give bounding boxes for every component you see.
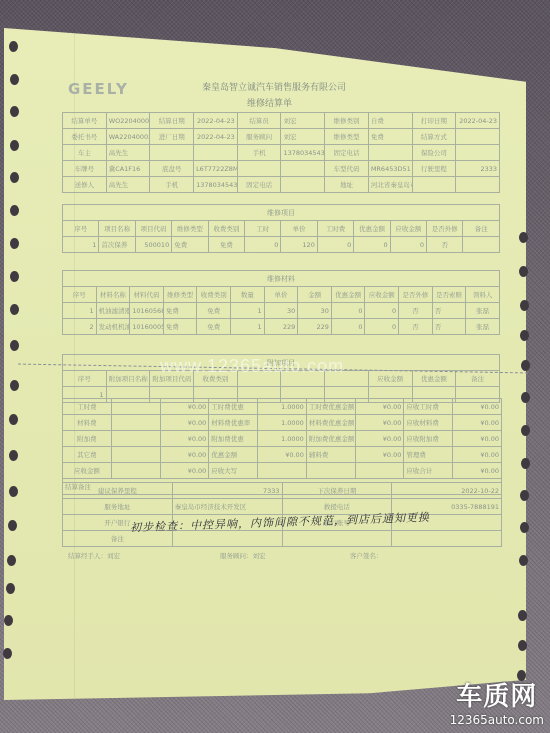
table-cell: 2022-04-23	[456, 113, 500, 129]
table-cell: ¥0.00	[355, 415, 404, 431]
customer-info-table: 结算单号WO2204000236结算日期2022-04-23结算员刘宏维修类别自…	[62, 112, 500, 193]
table-cell	[111, 415, 160, 431]
table-cell	[194, 145, 238, 161]
table-cell: 材料费	[63, 415, 112, 431]
info-row: 车牌号冀CA1F16底盘号L6T7722Z8MF078333车型代码MR6453…	[63, 161, 500, 177]
table-cell	[111, 447, 160, 463]
table-cell: ¥0.00	[453, 447, 502, 463]
table-cell: 管理费	[404, 447, 453, 463]
table-cell: 手机	[150, 177, 194, 193]
table-cell: 结算员	[237, 113, 281, 129]
table-cell: 优惠金额	[209, 447, 258, 463]
info-row: 车主高先生手机13780345438固定电话保险公司	[63, 145, 500, 161]
table-cell: ¥0.00	[355, 399, 404, 415]
table-cell: 高先生	[106, 177, 150, 193]
repair-items-title: 维修项目	[63, 205, 500, 221]
table-cell: 工时费优惠金额	[306, 399, 355, 415]
table-cell: 冀CA1F16	[106, 161, 150, 177]
table-cell: 行驶里程	[412, 161, 456, 177]
table-cell: 工时费	[63, 399, 112, 415]
table-cell: 1	[231, 303, 265, 319]
table-cell: ¥0.00	[453, 415, 502, 431]
table-cell	[355, 463, 404, 479]
table-cell	[456, 145, 500, 161]
table-cell: 车型代码	[325, 161, 369, 177]
table-cell: 机油滤清器（JLE5-4G13T、JLD-4G13T）	[96, 303, 130, 319]
table-cell: ¥0.00	[355, 447, 404, 463]
table-cell: MR6453D51	[368, 161, 412, 177]
table-cell	[412, 177, 456, 193]
table-cell: 秦皇岛市经济技术开发区	[172, 499, 282, 515]
column-header: 单价	[281, 221, 317, 237]
column-header: 优惠金额	[354, 221, 390, 237]
column-header: 项目名称	[99, 221, 135, 237]
table-cell: 免费	[163, 319, 197, 335]
table-cell: 工时费优惠	[209, 399, 258, 415]
column-header: 应收金额	[365, 287, 399, 303]
table-cell: 否	[432, 303, 466, 319]
table-cell: 发动机机油(吉利专用机油5W-30，4L)	[96, 319, 130, 335]
column-header: 维修类型	[163, 287, 197, 303]
table-cell: 否	[432, 319, 466, 335]
geely-logo: GEELY	[68, 80, 129, 98]
column-header: 单价	[264, 287, 298, 303]
table-header-row: 序号项目名称项目代码维修类型收费类别工时单价工时费优惠金额应收金额是否外修备注	[63, 221, 500, 237]
repair-items-table: 维修项目 序号项目名称项目代码维修类型收费类别工时单价工时费优惠金额应收金额是否…	[62, 204, 500, 253]
parts-table: 维修材料 序号材料名称材料代码维修类型收费类别数量单价金额优惠金额应收金额是否外…	[62, 270, 500, 335]
table-cell: 保险公司	[412, 145, 456, 161]
column-header: 是否外修	[427, 221, 463, 237]
table-cell: 2022-04-23	[194, 129, 238, 145]
table-cell: 2333	[456, 161, 500, 177]
table-row: 2发动机机油(吉利专用机油5W-30，4L)1016000591免费免费1229…	[63, 319, 500, 335]
column-header: 领料人	[466, 287, 500, 303]
totals-table: 工时费¥0.00工时费优惠1.0000工时费优惠金额¥0.00应收工时费¥0.0…	[62, 398, 502, 495]
table-cell: 0	[354, 237, 390, 253]
table-cell: 免费	[163, 303, 197, 319]
table-cell: 1.0000	[258, 399, 307, 415]
table-cell: 其它费	[63, 447, 112, 463]
table-cell: 维修类别	[325, 113, 369, 129]
info-row: 委托书号WA2204000236进厂日期2022-04-23服务顾问刘宏维修类型…	[63, 129, 500, 145]
table-cell	[150, 145, 194, 161]
table-cell: 自费	[368, 113, 412, 129]
table-cell: 229	[298, 319, 332, 335]
table-cell: 附加费优惠金额	[306, 431, 355, 447]
table-cell	[111, 431, 160, 447]
table-cell	[456, 177, 500, 193]
column-header: 收费类别	[197, 287, 231, 303]
table-cell: ¥0.00	[355, 431, 404, 447]
table-cell: 应收合计	[404, 463, 453, 479]
table-cell: 30	[298, 303, 332, 319]
info-row: 服务地址秦皇岛市经济技术开发区救援电话0335-7888191	[63, 499, 502, 515]
settler-signature: 结算经手人：刘宏	[68, 551, 120, 560]
table-cell: 1	[63, 237, 99, 253]
table-cell: 0	[365, 319, 399, 335]
table-cell: 1016000591	[130, 319, 164, 335]
table-cell: ¥0.00	[258, 447, 307, 463]
column-header: 金额	[298, 287, 332, 303]
table-cell: 0	[365, 303, 399, 319]
table-cell: 应收材料费	[404, 415, 453, 431]
table-cell: 1.0000	[258, 431, 307, 447]
table-cell: 0	[331, 303, 365, 319]
table-cell: 1.0000	[258, 415, 307, 431]
table-cell: 120	[281, 237, 317, 253]
column-header: 优惠金额	[331, 287, 365, 303]
column-header: 备注	[456, 371, 500, 387]
table-cell: 送修人	[63, 177, 107, 193]
table-cell: 河北省秦皇岛市抚宁区	[368, 177, 412, 193]
table-cell	[111, 463, 160, 479]
table-cell: 1016056847	[130, 303, 164, 319]
table-cell: WO2204000236	[106, 113, 150, 129]
column-header: 收费类别	[208, 221, 244, 237]
table-cell: ¥0.00	[160, 447, 209, 463]
table-cell: 免费	[197, 319, 231, 335]
advisor-signature: 服务顾问：刘宏	[220, 551, 266, 560]
table-cell: 应收工时费	[404, 399, 453, 415]
table-cell: 张磊	[466, 303, 500, 319]
table-cell: 0	[317, 237, 353, 253]
table-cell: 维修类型	[325, 129, 369, 145]
column-header: 序号	[63, 221, 99, 237]
column-header: 应收金额	[368, 371, 412, 387]
table-cell: ¥0.00	[453, 399, 502, 415]
table-cell: 材料费优惠率	[209, 415, 258, 431]
table-cell: 229	[264, 319, 298, 335]
watermark-text: www.12365auto.com	[160, 356, 344, 377]
table-cell: 免费	[208, 237, 244, 253]
brand-name: 车质网	[450, 676, 544, 713]
table-cell	[306, 463, 355, 479]
table-cell: 0	[245, 237, 281, 253]
table-cell	[282, 531, 392, 547]
parts-title: 维修材料	[63, 271, 500, 287]
table-header-row: 序号材料名称材料代码维修类型收费类别数量单价金额优惠金额应收金额是否外修是否索赔…	[63, 287, 500, 303]
table-cell: 地址	[325, 177, 369, 193]
column-header: 工时费	[317, 221, 353, 237]
brand-url: 12365auto.com	[450, 713, 544, 727]
column-header: 序号	[63, 371, 107, 387]
table-cell: 结算单号	[63, 113, 107, 129]
table-cell: 免费	[197, 303, 231, 319]
table-cell: 刘宏	[281, 129, 325, 145]
table-cell: 13780345438	[194, 177, 238, 193]
table-cell	[368, 145, 412, 161]
table-cell	[237, 161, 281, 177]
table-cell: 固定电话	[325, 145, 369, 161]
table-cell: 辅料费	[306, 447, 355, 463]
table-cell: 2	[63, 319, 97, 335]
table-cell: ¥0.00	[160, 463, 209, 479]
table-cell: 打印日期	[412, 113, 456, 129]
column-header: 数量	[231, 287, 265, 303]
info-row: 备注	[63, 531, 502, 547]
table-cell: 刘宏	[281, 113, 325, 129]
document-title: 维修结算单	[247, 96, 292, 109]
totals-row: 附加费¥0.00附加费优惠1.0000附加费优惠金额¥0.00应收附加费¥0.0…	[63, 431, 502, 447]
customer-signature: 客户签名：	[350, 551, 383, 560]
table-row: 1首次保养500010免费免费0120000否	[63, 237, 500, 253]
company-name: 秦皇岛智立诚汽车销售服务有限公司	[202, 80, 346, 93]
column-header: 材料代码	[130, 287, 164, 303]
column-header: 备注	[463, 221, 500, 237]
column-header: 维修类型	[172, 221, 208, 237]
table-cell	[281, 177, 325, 193]
table-cell: 进厂日期	[150, 129, 194, 145]
info-row: 结算单号WO2204000236结算日期2022-04-23结算员刘宏维修类别自…	[63, 113, 500, 129]
table-cell: 附加费优惠	[209, 431, 258, 447]
table-cell: 500010	[135, 237, 171, 253]
column-header: 应收金额	[390, 221, 426, 237]
totals-row: 工时费¥0.00工时费优惠1.0000工时费优惠金额¥0.00应收工时费¥0.0…	[63, 399, 502, 415]
table-cell: 服务地址	[63, 499, 173, 515]
column-header: 是否外修	[399, 287, 433, 303]
table-cell	[281, 161, 325, 177]
table-cell: 首次保养	[99, 237, 135, 253]
table-cell: 应收大写	[209, 463, 258, 479]
table-cell: ¥0.00	[160, 399, 209, 415]
table-cell: 0	[331, 319, 365, 335]
table-cell: 1	[231, 319, 265, 335]
table-cell: 建议保养里程	[63, 483, 173, 499]
table-cell: 车主	[63, 145, 107, 161]
column-header: 附加项目名称	[106, 371, 150, 387]
table-cell	[111, 399, 160, 415]
column-header: 是否索赔	[432, 287, 466, 303]
table-cell: 否	[399, 319, 433, 335]
column-header: 项目代码	[135, 221, 171, 237]
table-cell: 结算日期	[150, 113, 194, 129]
table-cell: ¥0.00	[453, 463, 502, 479]
info-row: 建议保养里程7333下次保养日期2022-10-22	[63, 483, 502, 499]
table-cell: 1	[63, 303, 97, 319]
table-cell: 0	[390, 237, 426, 253]
table-cell: 2022-04-23	[194, 113, 238, 129]
table-cell: 下次保养日期	[282, 483, 392, 499]
totals-row: 应收金额¥0.00应收大写应收合计¥0.00	[63, 463, 502, 479]
table-cell: 底盘号	[150, 161, 194, 177]
table-cell: 应收金额	[63, 463, 112, 479]
table-cell: L6T7722Z8MF078333	[194, 161, 238, 177]
column-header: 序号	[63, 287, 97, 303]
column-header: 材料名称	[96, 287, 130, 303]
table-cell: 30	[264, 303, 298, 319]
table-cell: ¥0.00	[160, 415, 209, 431]
table-cell	[258, 463, 307, 479]
info-row: 送修人高先生手机13780345438固定电话地址河北省秦皇岛市抚宁区	[63, 177, 500, 193]
table-cell	[392, 531, 502, 547]
column-header: 优惠金额	[412, 371, 456, 387]
table-cell	[456, 129, 500, 145]
table-cell: 2022-10-22	[392, 483, 502, 499]
table-cell: 高先生	[106, 145, 150, 161]
table-cell: 张磊	[466, 319, 500, 335]
totals-row: 材料费¥0.00材料费优惠率1.0000材料费优惠金额¥0.00应收材料费¥0.…	[63, 415, 502, 431]
table-cell: 附加费	[63, 431, 112, 447]
table-cell: 结算方式	[412, 129, 456, 145]
table-cell: 固定电话	[237, 177, 281, 193]
table-cell: 免费	[172, 237, 208, 253]
table-cell: 13780345438	[281, 145, 325, 161]
table-cell: ¥0.00	[453, 431, 502, 447]
table-cell: 手机	[237, 145, 281, 161]
table-cell: WA2204000236	[106, 129, 150, 145]
table-cell: 否	[427, 237, 463, 253]
table-cell: 免费	[368, 129, 412, 145]
totals-row: 其它费¥0.00优惠金额¥0.00辅料费¥0.00管理费¥0.00	[63, 447, 502, 463]
table-cell: 车牌号	[63, 161, 107, 177]
table-cell: 否	[399, 303, 433, 319]
column-header: 工时	[245, 221, 281, 237]
table-cell: 应收附加费	[404, 431, 453, 447]
table-cell	[463, 237, 500, 253]
table-cell: 7333	[172, 483, 282, 499]
table-row: 1机油滤清器（JLE5-4G13T、JLD-4G13T）1016056847免费…	[63, 303, 500, 319]
table-cell: 材料费优惠金额	[306, 415, 355, 431]
table-cell: 服务顾问	[237, 129, 281, 145]
table-cell: ¥0.00	[160, 431, 209, 447]
table-cell: 委托书号	[63, 129, 107, 145]
brand-watermark: 车质网 12365auto.com	[450, 676, 544, 727]
